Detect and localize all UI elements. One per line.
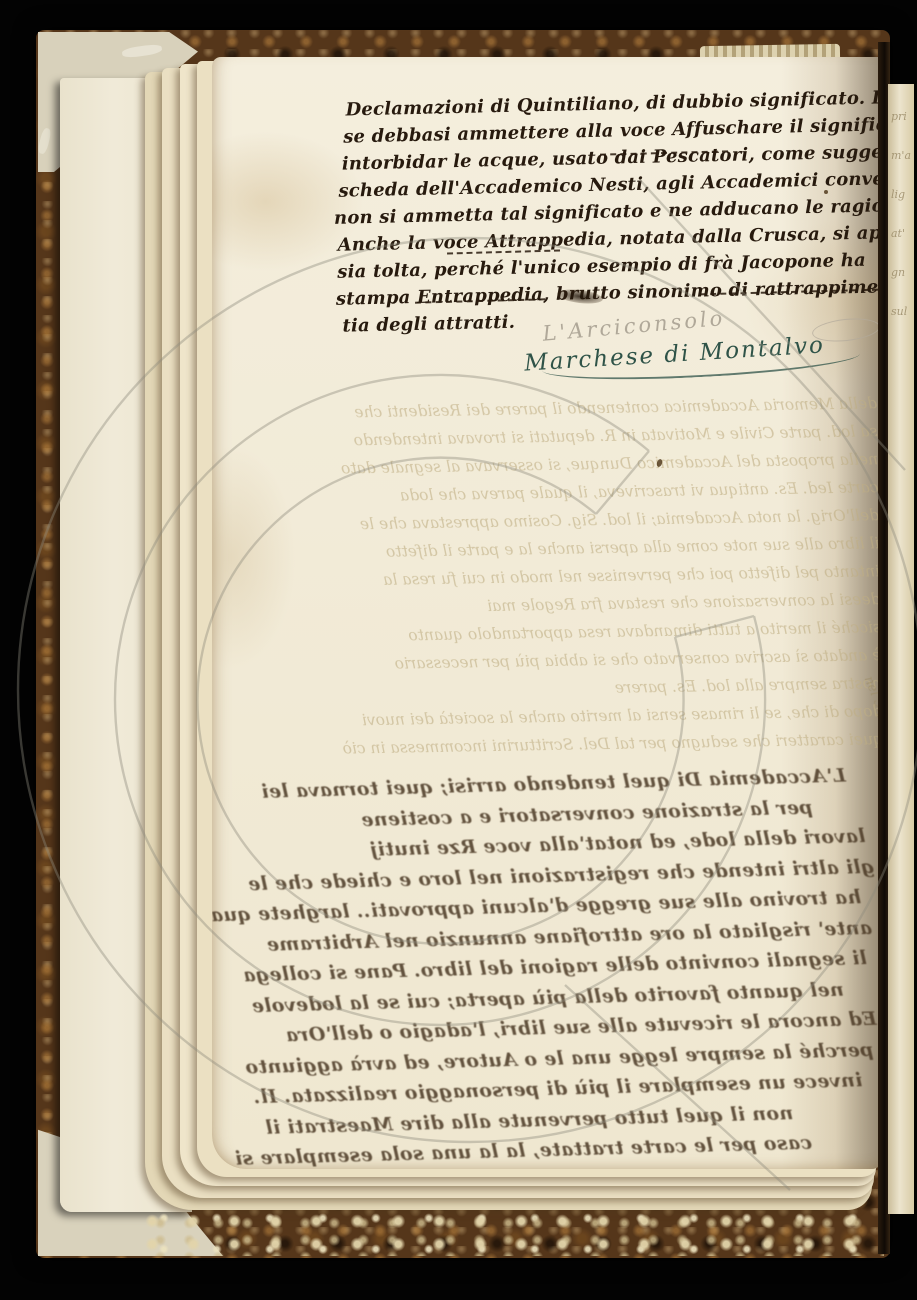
worn-cover-bottom-edge (140, 1212, 884, 1256)
sliver-fragment: lig (891, 188, 914, 201)
ink-fleck (824, 190, 828, 194)
sliver-fragment: m'a (891, 149, 914, 162)
sliver-fragment: at' (891, 227, 914, 240)
manuscript-photograph: Declamazioni di Quintiliano, di dubbio s… (0, 0, 917, 1300)
manuscript-recto-page: Declamazioni di Quintiliano, di dubbio s… (212, 57, 882, 1169)
sliver-fragment: pri (891, 110, 914, 123)
next-page-sliver: pri m'a lig at' gn sul (888, 84, 914, 1214)
bleed-through-bottom: L'Accademia Di quel tendendo arrisi; que… (212, 760, 882, 1169)
bleed-through-middle: della Memoria Accademica contenendo il p… (219, 389, 882, 764)
sliver-fragment: gn (891, 266, 914, 279)
sliver-fragment: sul (891, 305, 914, 318)
